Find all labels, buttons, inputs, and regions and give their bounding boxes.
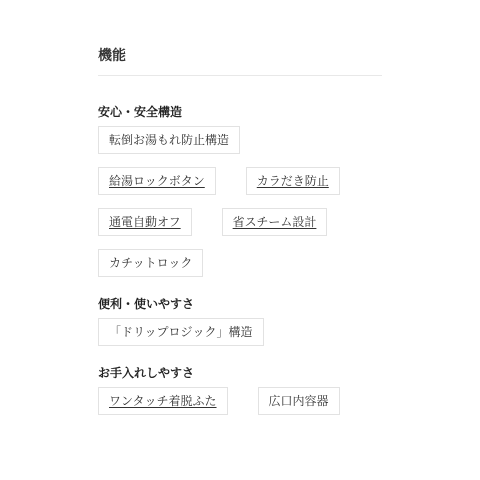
tag-list: 「ドリップロジック」構造 <box>98 318 382 346</box>
group-safety: 安心・安全構造 転倒お湯もれ防止構造 給湯ロックボタン カラだき防止 通電自動オ… <box>98 104 382 277</box>
tag-label: カラだき防止 <box>257 174 329 188</box>
tag-label: 「ドリップロジック」構造 <box>109 325 253 339</box>
tag-list: 転倒お湯もれ防止構造 給湯ロックボタン カラだき防止 通電自動オフ 省スチーム設… <box>98 126 382 277</box>
tag-link-dry-boil-prevention[interactable]: カラだき防止 <box>246 167 340 195</box>
tag-label: カチットロック <box>109 256 192 270</box>
divider <box>98 75 382 76</box>
tag-label: ワンタッチ着脱ふた <box>109 394 217 408</box>
tag-list: ワンタッチ着脱ふた 広口内容器 <box>98 387 382 415</box>
tag-label: 広口内容器 <box>269 394 329 408</box>
group-title: 便利・使いやすさ <box>98 296 382 312</box>
tag-wide-mouth-inner-container: 広口内容器 <box>258 387 340 415</box>
tag-link-auto-power-off[interactable]: 通電自動オフ <box>98 208 192 236</box>
tag-click-lock: カチットロック <box>98 249 203 277</box>
section-title: 機能 <box>98 45 382 67</box>
tag-label: 省スチーム設計 <box>233 215 317 229</box>
group-convenience: 便利・使いやすさ 「ドリップロジック」構造 <box>98 296 382 346</box>
features-panel: 機能 安心・安全構造 転倒お湯もれ防止構造 給湯ロックボタン カラだき防止 通電… <box>98 45 382 415</box>
group-easy-maintenance: お手入れしやすさ ワンタッチ着脱ふた 広口内容器 <box>98 365 382 415</box>
tag-link-one-touch-removable-lid[interactable]: ワンタッチ着脱ふた <box>98 387 228 415</box>
tag-label: 給湯ロックボタン <box>109 174 205 188</box>
tag-link-hot-water-lock-button[interactable]: 給湯ロックボタン <box>98 167 216 195</box>
tag-link-steam-saving-design[interactable]: 省スチーム設計 <box>222 208 328 236</box>
tag-tip-over-leak-prevention: 転倒お湯もれ防止構造 <box>98 126 240 154</box>
tag-drip-logic-structure: 「ドリップロジック」構造 <box>98 318 264 346</box>
group-title: 安心・安全構造 <box>98 104 382 120</box>
tag-label: 通電自動オフ <box>109 215 181 229</box>
group-title: お手入れしやすさ <box>98 365 382 381</box>
tag-label: 転倒お湯もれ防止構造 <box>109 133 229 147</box>
